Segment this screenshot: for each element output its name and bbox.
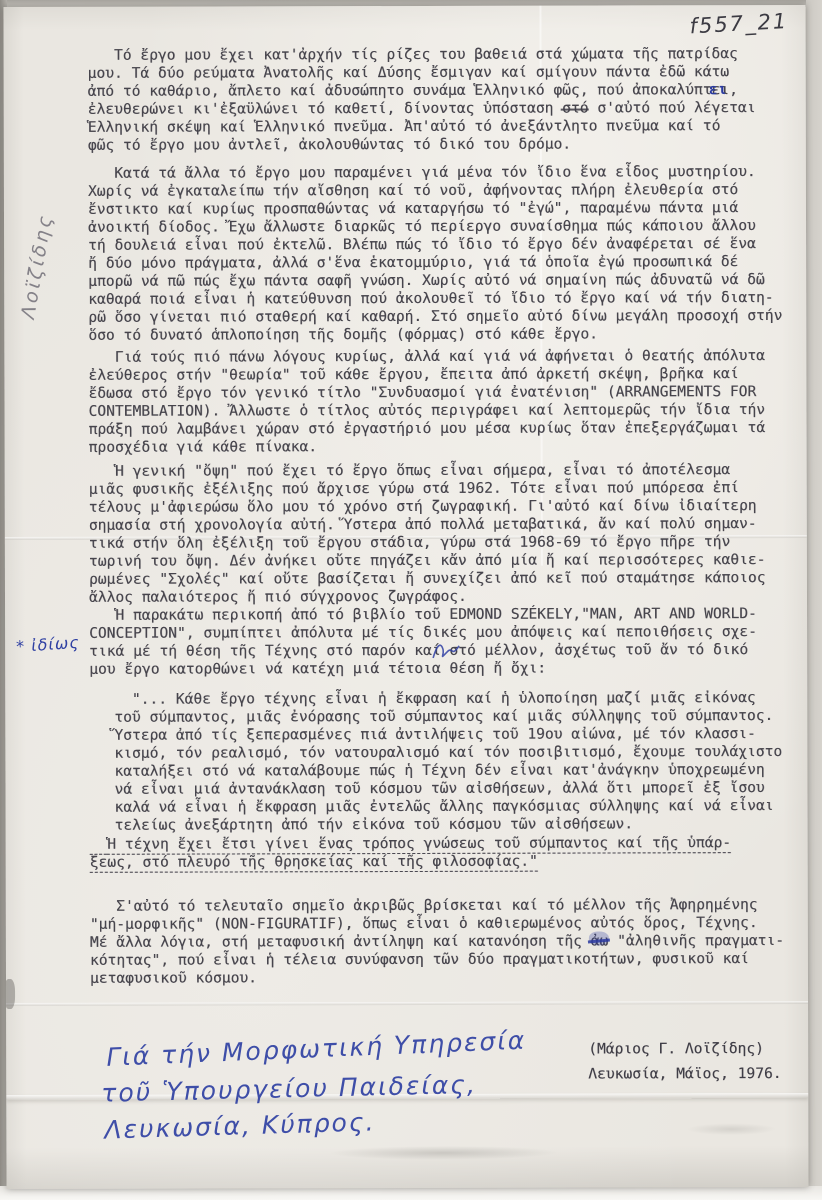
dedication-line-1: Γιά τήν Μορφωτική Υπηρεσία: [106, 1026, 527, 1072]
scanned-document: f557_21 Λοϊζίδης * ἰδίως Τό ἔργο μου ἔχε…: [0, 0, 822, 1200]
dedication-line-3: Λευκωσία, Κύπρος.: [104, 1107, 376, 1144]
margin-pencil-name: Λοϊζίδης: [15, 200, 59, 332]
margin-ink-note: * ἰδίως: [16, 633, 81, 657]
paper-edge-mark: [4, 979, 15, 1009]
ink-overwrite-letters: ει: [709, 80, 727, 98]
paragraph-closing: Σ'αὐτό τό τελευταῖο σημεῖο ἀκριβῶς βρίσκ…: [90, 896, 804, 988]
dedication-line-2: τοῦ Ὑπουργείου Παιδείας,: [101, 1070, 477, 1108]
scanner-edge-right: [806, 0, 822, 1200]
paper-stain: [328, 1146, 558, 1161]
typewritten-page: f557_21 Λοϊζίδης * ἰδίως Τό ἔργο μου ἔχε…: [3, 5, 808, 1189]
paragraph-roots: Τό ἔργο μου ἔχει κατ'ἀρχήν τίς ρίζες του…: [88, 45, 802, 155]
paragraph-title-of-work: Γιά τούς πιό πάνω λόγους κυρίως, ἀλλά κα…: [88, 347, 802, 457]
paragraph-evolution: Ἡ γενική "ὄψη" πού ἔχει τό ἔργο ὅπως εἶν…: [89, 461, 803, 607]
paper-crease: [6, 1001, 808, 1006]
ink-scribble-mark: [429, 640, 465, 662]
archival-number-note: f557_21: [689, 8, 809, 39]
block-quote: "... Κάθε ἔργο τέχνης εἶναι ἡ ἔκφραση κα…: [114, 689, 806, 835]
paper-stain: [686, 1123, 776, 1135]
typed-strikethrough-mark: [561, 109, 589, 111]
paragraph-mystery: Κατά τά ἄλλα τό ἔργο μου παραμένει γιά μ…: [88, 163, 802, 345]
signature-block: (Μάριος Γ. Λοϊζίδης) Λευκωσία, Μάϊος, 19…: [588, 1036, 781, 1087]
underlined-statement: Ἡ τέχνη ἔχει ἔτσι γίνει ἕνας τρόπος γνώσ…: [90, 834, 804, 872]
